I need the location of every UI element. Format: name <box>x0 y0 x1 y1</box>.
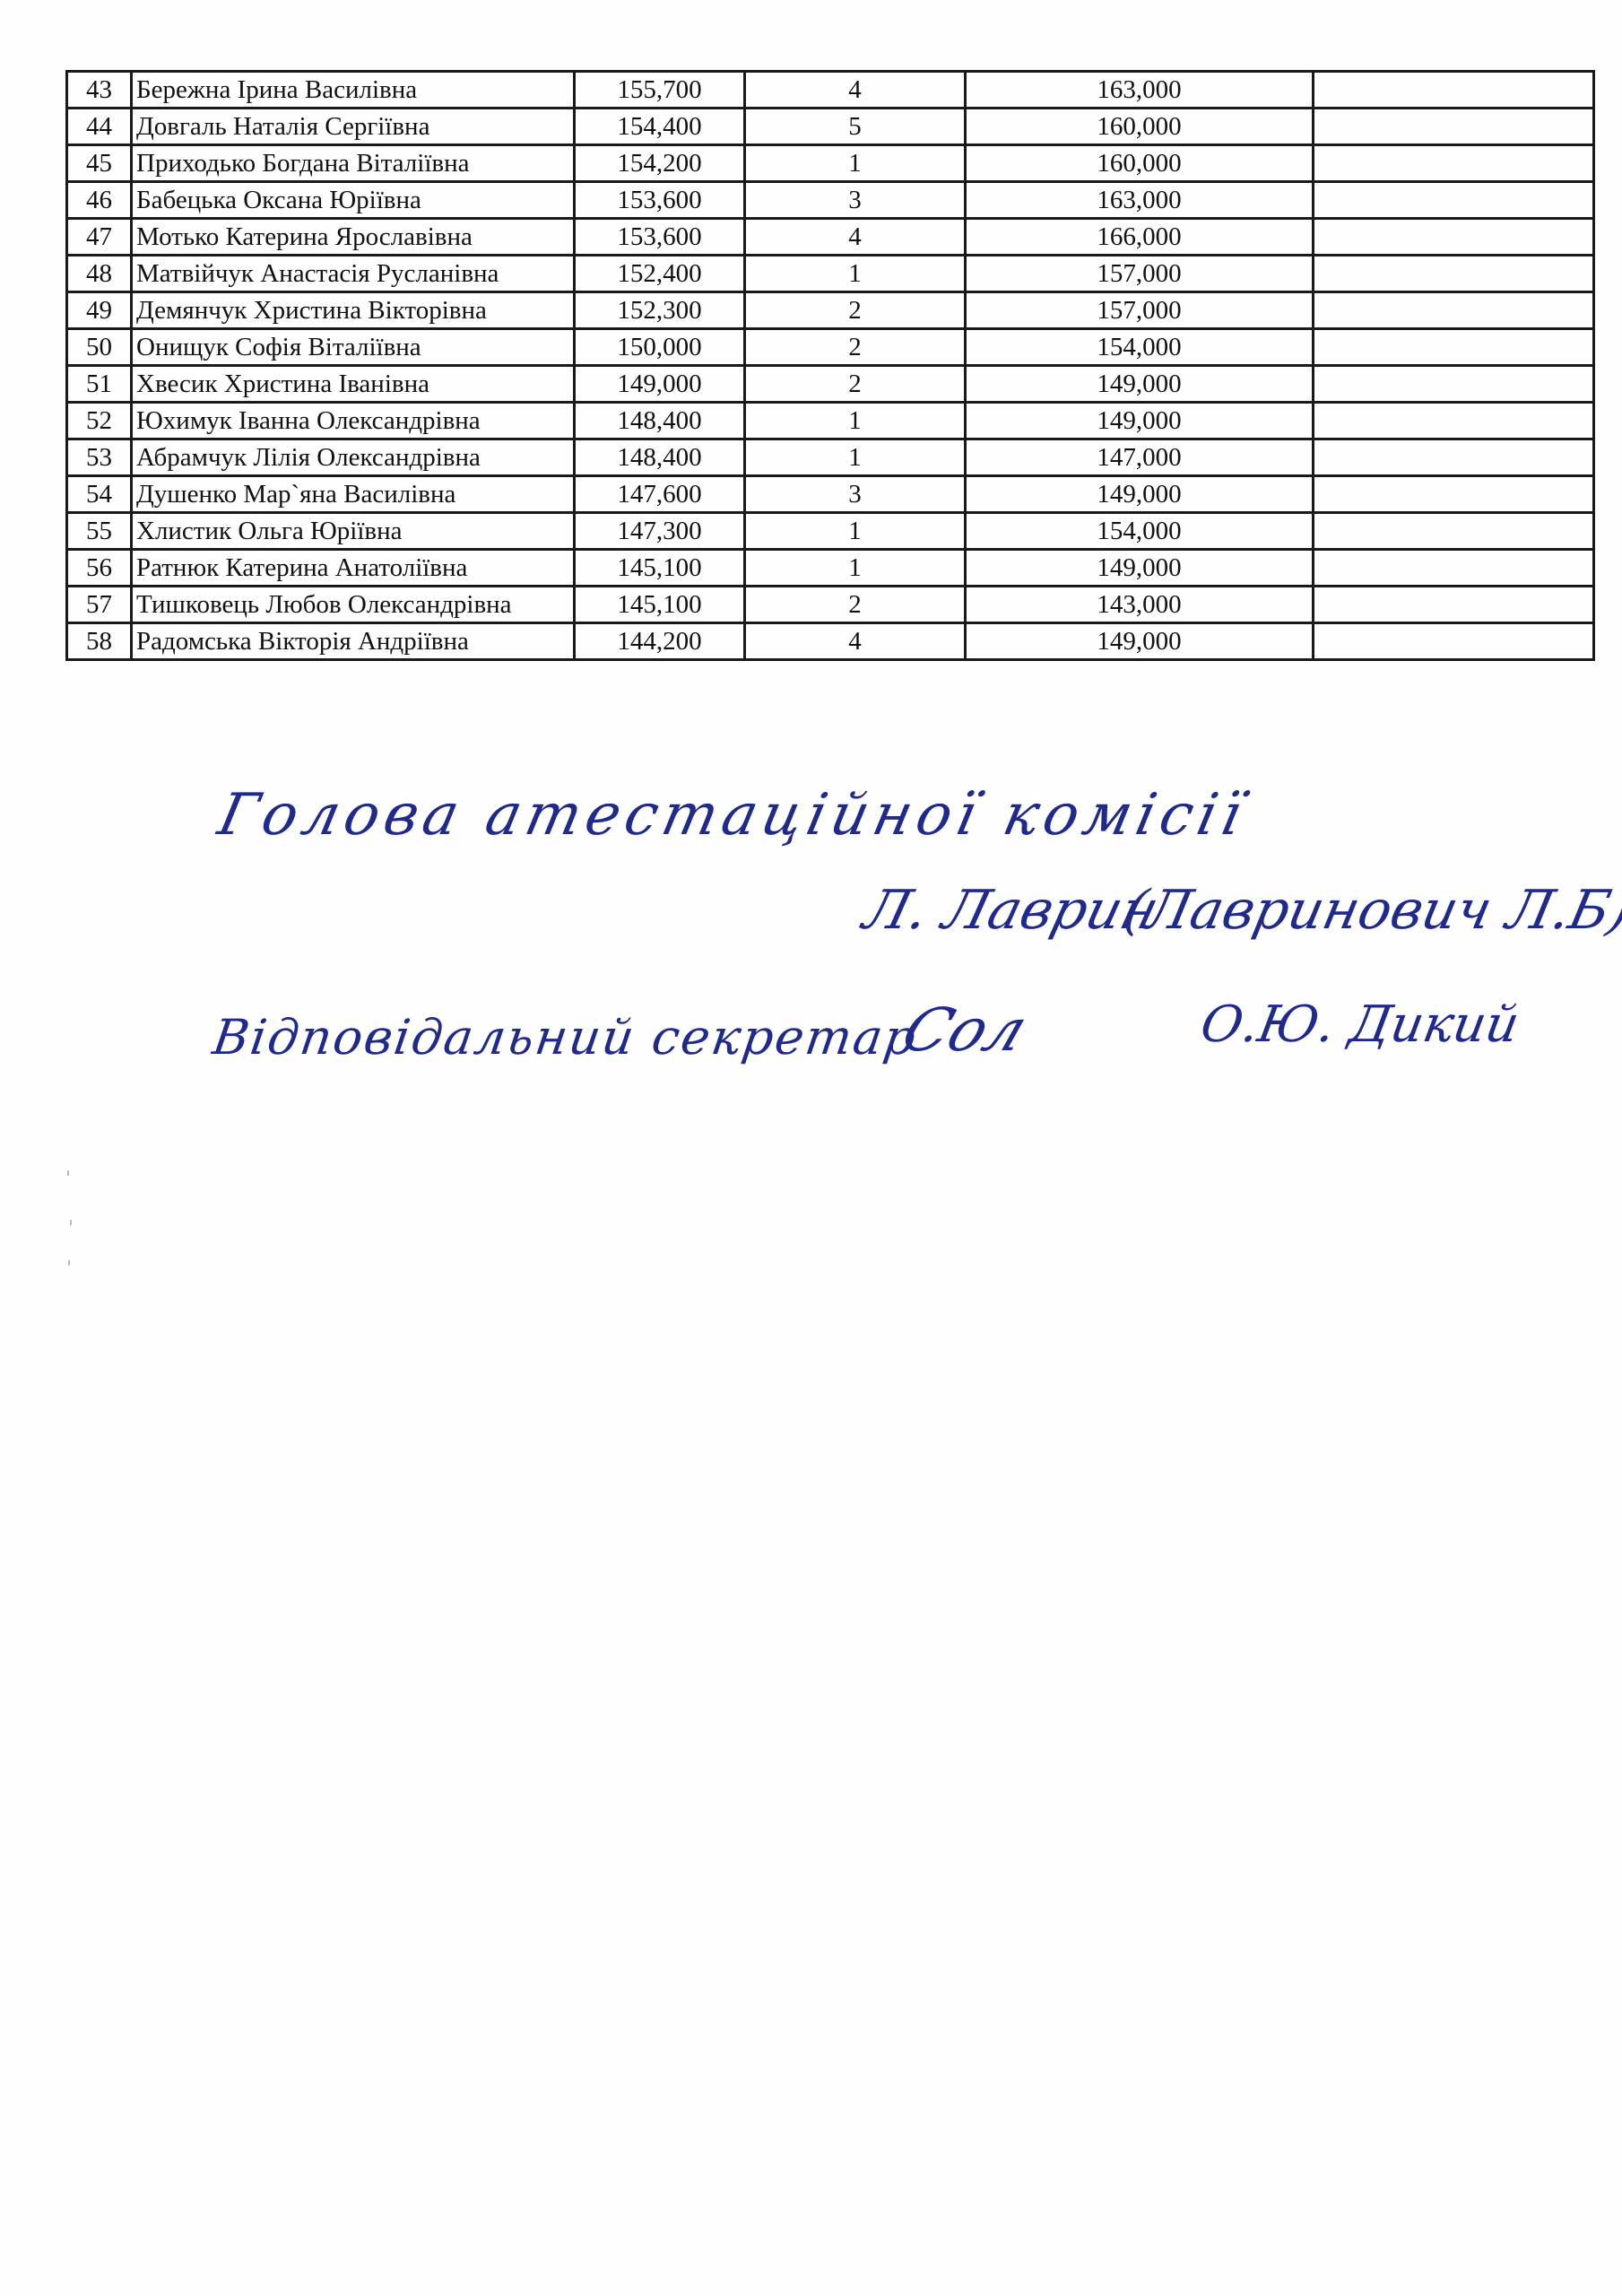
full-name-cell: Матвійчук Анастасія Русланівна <box>132 256 575 292</box>
scan-speck <box>70 1220 72 1225</box>
full-name-cell: Приходько Богдана Віталіївна <box>132 145 575 182</box>
full-name-cell: Мотько Катерина Ярославівна <box>132 219 575 256</box>
scan-speck <box>67 1170 69 1176</box>
note-cell <box>1314 623 1594 660</box>
full-name-cell: Абрамчук Лілія Олександрівна <box>132 439 575 476</box>
full-name-cell: Ратнюк Катерина Анатоліївна <box>132 550 575 587</box>
note-cell <box>1314 219 1594 256</box>
note-cell <box>1314 109 1594 145</box>
score-cell: 149,000 <box>575 366 745 403</box>
table-row: 53Абрамчук Лілія Олександрівна148,400114… <box>67 439 1594 476</box>
row-number-cell: 56 <box>67 550 132 587</box>
total-cell: 149,000 <box>966 550 1314 587</box>
total-cell: 160,000 <box>966 145 1314 182</box>
table-row: 58Радомська Вікторія Андріївна144,200414… <box>67 623 1594 660</box>
note-cell <box>1314 550 1594 587</box>
full-name-cell: Довгаль Наталія Сергіївна <box>132 109 575 145</box>
full-name-cell: Душенко Мар`яна Василівна <box>132 476 575 513</box>
rank-cell: 1 <box>745 403 966 439</box>
full-name-cell: Бережна Ірина Василівна <box>132 72 575 109</box>
table-row: 54Душенко Мар`яна Василівна147,6003149,0… <box>67 476 1594 513</box>
results-table: 43Бережна Ірина Василівна155,7004163,000… <box>65 70 1595 661</box>
rank-cell: 1 <box>745 550 966 587</box>
rank-cell: 5 <box>745 109 966 145</box>
score-cell: 155,700 <box>575 72 745 109</box>
score-cell: 144,200 <box>575 623 745 660</box>
table-row: 43Бережна Ірина Василівна155,7004163,000 <box>67 72 1594 109</box>
table-row: 50Онищук Софія Віталіївна150,0002154,000 <box>67 329 1594 366</box>
note-cell <box>1314 72 1594 109</box>
total-cell: 163,000 <box>966 72 1314 109</box>
rank-cell: 4 <box>745 72 966 109</box>
table-row: 52Юхимук Іванна Олександрівна148,4001149… <box>67 403 1594 439</box>
score-cell: 147,600 <box>575 476 745 513</box>
full-name-cell: Юхимук Іванна Олександрівна <box>132 403 575 439</box>
chair-title-handwritten: Голова атестаційної комісії <box>213 782 1253 848</box>
total-cell: 147,000 <box>966 439 1314 476</box>
score-cell: 148,400 <box>575 439 745 476</box>
row-number-cell: 55 <box>67 513 132 550</box>
row-number-cell: 52 <box>67 403 132 439</box>
total-cell: 149,000 <box>966 403 1314 439</box>
score-cell: 154,200 <box>575 145 745 182</box>
note-cell <box>1314 292 1594 329</box>
note-cell <box>1314 182 1594 219</box>
total-cell: 163,000 <box>966 182 1314 219</box>
note-cell <box>1314 403 1594 439</box>
note-cell <box>1314 329 1594 366</box>
note-cell <box>1314 366 1594 403</box>
total-cell: 154,000 <box>966 329 1314 366</box>
total-cell: 149,000 <box>966 366 1314 403</box>
scan-speck <box>68 1260 70 1265</box>
full-name-cell: Демянчук Христина Вікторівна <box>132 292 575 329</box>
rank-cell: 2 <box>745 366 966 403</box>
score-cell: 147,300 <box>575 513 745 550</box>
full-name-cell: Хлистик Ольга Юріївна <box>132 513 575 550</box>
secretary-title-handwritten: Відповідальний секретар <box>210 1009 921 1065</box>
full-name-cell: Онищук Софія Віталіївна <box>132 329 575 366</box>
table-row: 45Приходько Богдана Віталіївна154,200116… <box>67 145 1594 182</box>
row-number-cell: 47 <box>67 219 132 256</box>
table-row: 48Матвійчук Анастасія Русланівна152,4001… <box>67 256 1594 292</box>
score-cell: 148,400 <box>575 403 745 439</box>
row-number-cell: 54 <box>67 476 132 513</box>
chair-name-handwritten: (Лавринович Л.Б) <box>1119 879 1622 942</box>
note-cell <box>1314 439 1594 476</box>
rank-cell: 3 <box>745 182 966 219</box>
rank-cell: 1 <box>745 145 966 182</box>
score-cell: 150,000 <box>575 329 745 366</box>
note-cell <box>1314 587 1594 623</box>
score-cell: 154,400 <box>575 109 745 145</box>
total-cell: 143,000 <box>966 587 1314 623</box>
total-cell: 149,000 <box>966 476 1314 513</box>
table-row: 46Бабецька Оксана Юріївна153,6003163,000 <box>67 182 1594 219</box>
note-cell <box>1314 256 1594 292</box>
row-number-cell: 45 <box>67 145 132 182</box>
table-row: 49Демянчук Христина Вікторівна152,300215… <box>67 292 1594 329</box>
row-number-cell: 49 <box>67 292 132 329</box>
rank-cell: 4 <box>745 219 966 256</box>
row-number-cell: 48 <box>67 256 132 292</box>
score-cell: 152,400 <box>575 256 745 292</box>
rank-cell: 1 <box>745 513 966 550</box>
row-number-cell: 51 <box>67 366 132 403</box>
full-name-cell: Хвесик Христина Іванівна <box>132 366 575 403</box>
table-row: 47Мотько Катерина Ярославівна153,6004166… <box>67 219 1594 256</box>
score-cell: 152,300 <box>575 292 745 329</box>
rank-cell: 2 <box>745 292 966 329</box>
score-cell: 153,600 <box>575 182 745 219</box>
rank-cell: 2 <box>745 329 966 366</box>
row-number-cell: 57 <box>67 587 132 623</box>
chair-signature: Л. Лаврин <box>857 879 1165 942</box>
table-row: 56Ратнюк Катерина Анатоліївна145,1001149… <box>67 550 1594 587</box>
rank-cell: 1 <box>745 439 966 476</box>
row-number-cell: 46 <box>67 182 132 219</box>
total-cell: 166,000 <box>966 219 1314 256</box>
total-cell: 154,000 <box>966 513 1314 550</box>
table-row: 57Тишковець Любов Олександрівна145,10021… <box>67 587 1594 623</box>
score-cell: 145,100 <box>575 587 745 623</box>
row-number-cell: 50 <box>67 329 132 366</box>
row-number-cell: 58 <box>67 623 132 660</box>
table-row: 55Хлистик Ольга Юріївна147,3001154,000 <box>67 513 1594 550</box>
row-number-cell: 43 <box>67 72 132 109</box>
scanned-page: 43Бережна Ірина Василівна155,7004163,000… <box>0 0 1622 2296</box>
full-name-cell: Тишковець Любов Олександрівна <box>132 587 575 623</box>
total-cell: 157,000 <box>966 256 1314 292</box>
score-cell: 153,600 <box>575 219 745 256</box>
table-row: 51Хвесик Христина Іванівна149,0002149,00… <box>67 366 1594 403</box>
score-cell: 145,100 <box>575 550 745 587</box>
secretary-signature: Сол <box>893 996 1037 1065</box>
secretary-name-handwritten: О.Ю. Дикий <box>1196 996 1523 1054</box>
results-table-body: 43Бережна Ірина Василівна155,7004163,000… <box>67 72 1594 660</box>
full-name-cell: Радомська Вікторія Андріївна <box>132 623 575 660</box>
full-name-cell: Бабецька Оксана Юріївна <box>132 182 575 219</box>
table-row: 44Довгаль Наталія Сергіївна154,4005160,0… <box>67 109 1594 145</box>
total-cell: 149,000 <box>966 623 1314 660</box>
note-cell <box>1314 513 1594 550</box>
row-number-cell: 53 <box>67 439 132 476</box>
total-cell: 160,000 <box>966 109 1314 145</box>
rank-cell: 3 <box>745 476 966 513</box>
rank-cell: 1 <box>745 256 966 292</box>
total-cell: 157,000 <box>966 292 1314 329</box>
note-cell <box>1314 145 1594 182</box>
rank-cell: 2 <box>745 587 966 623</box>
rank-cell: 4 <box>745 623 966 660</box>
row-number-cell: 44 <box>67 109 132 145</box>
note-cell <box>1314 476 1594 513</box>
